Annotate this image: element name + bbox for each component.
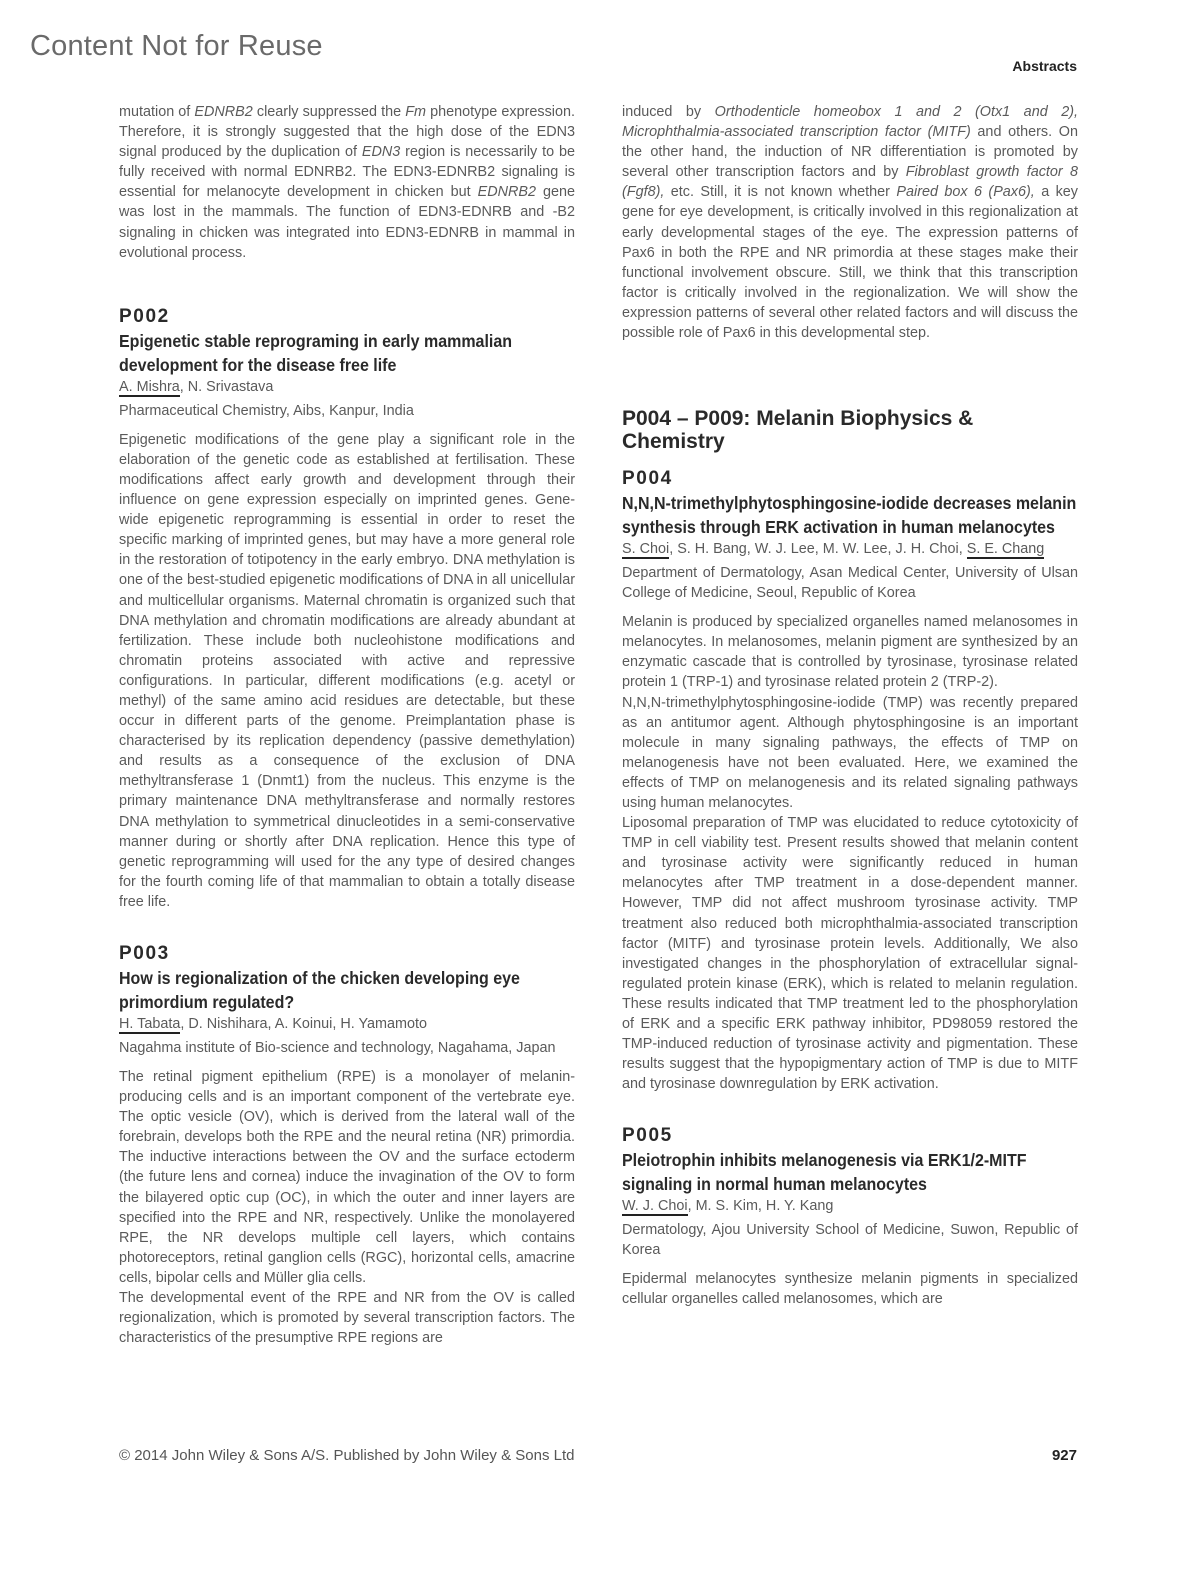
abstract-title: Epigenetic stable reprograming in early …: [119, 329, 580, 377]
other-authors: , M. S. Kim, H. Y. Kang: [688, 1198, 834, 1214]
abstract-body: Liposomal preparation of TMP was elucida…: [622, 813, 1078, 1094]
affiliation: Dermatology, Ajou University School of M…: [622, 1220, 1078, 1260]
section-heading: P004 – P009: Melanin Biophysics & Chemis…: [622, 407, 1078, 453]
page-number: 927: [1052, 1447, 1077, 1464]
abstract-id: P002: [119, 305, 575, 329]
abstract-id: P003: [119, 942, 575, 966]
abstract-p005: P005 Pleiotrophin inhibits melanogenesis…: [622, 1124, 1078, 1309]
affiliation: Department of Dermatology, Asan Medical …: [622, 563, 1078, 603]
abstract-title: How is regionalization of the chicken de…: [119, 966, 580, 1014]
abstract-body: N,N,N-trimethylphytosphingosine-iodide (…: [622, 693, 1078, 814]
other-authors: , S. H. Bang, W. J. Lee, M. W. Lee, J. H…: [669, 541, 967, 557]
watermark: Content Not for Reuse: [30, 30, 323, 63]
presenting-author: S. Choi: [622, 541, 669, 559]
other-authors: , D. Nishihara, A. Koinui, H. Yamamoto: [180, 1016, 427, 1032]
abstract-body: Epidermal melanocytes synthesize melanin…: [622, 1269, 1078, 1309]
abstract-p002: P002 Epigenetic stable reprograming in e…: [119, 305, 575, 912]
abstract-title: Pleiotrophin inhibits melanogenesis via …: [622, 1148, 1083, 1196]
abstract-p003: P003 How is regionalization of the chick…: [119, 942, 575, 1348]
abstract-id: P004: [622, 467, 1078, 491]
presenting-author: A. Mishra: [119, 379, 180, 397]
abstract-id: P005: [622, 1124, 1078, 1148]
affiliation: Nagahma institute of Bio-science and tec…: [119, 1038, 575, 1058]
presenting-author: H. Tabata: [119, 1016, 180, 1034]
author-list: A. Mishra, N. Srivastava: [119, 377, 575, 397]
left-column: mutation of EDNRB2 clearly suppressed th…: [119, 102, 575, 1348]
running-head: Abstracts: [1012, 58, 1077, 74]
continuation-paragraph: mutation of EDNRB2 clearly suppressed th…: [119, 102, 575, 263]
abstract-body: Melanin is produced by specialized organ…: [622, 612, 1078, 692]
abstract-body: The retinal pigment epithelium (RPE) is …: [119, 1067, 575, 1288]
right-column: induced by Orthodenticle homeobox 1 and …: [622, 102, 1078, 1310]
abstract-body: Epigenetic modifications of the gene pla…: [119, 430, 575, 912]
author-list: H. Tabata, D. Nishihara, A. Koinui, H. Y…: [119, 1014, 575, 1034]
copyright-notice: © 2014 John Wiley & Sons A/S. Published …: [119, 1447, 574, 1464]
affiliation: Pharmaceutical Chemistry, Aibs, Kanpur, …: [119, 401, 575, 421]
corresponding-author: S. E. Chang: [967, 541, 1045, 559]
abstract-body: The developmental event of the RPE and N…: [119, 1288, 575, 1348]
continuation-paragraph: induced by Orthodenticle homeobox 1 and …: [622, 102, 1078, 343]
abstract-title: N,N,N-trimethylphytosphingosine-iodide d…: [622, 491, 1083, 539]
author-list: W. J. Choi, M. S. Kim, H. Y. Kang: [622, 1196, 1078, 1216]
abstract-p004: P004 N,N,N-trimethylphytosphingosine-iod…: [622, 467, 1078, 1094]
presenting-author: W. J. Choi: [622, 1198, 688, 1216]
other-authors: , N. Srivastava: [180, 379, 274, 395]
author-list: S. Choi, S. H. Bang, W. J. Lee, M. W. Le…: [622, 539, 1078, 559]
